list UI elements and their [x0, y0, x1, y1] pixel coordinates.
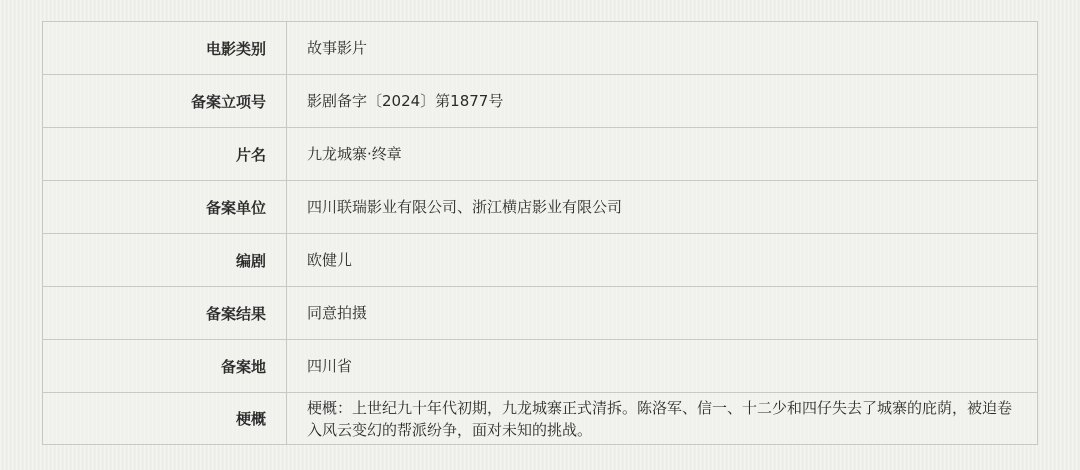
- value-synopsis: 梗概：上世纪九十年代初期，九龙城寨正式清拆。陈洛军、信一、十二少和四仔失去了城寨…: [287, 393, 1038, 445]
- row-synopsis: 梗概 梗概：上世纪九十年代初期，九龙城寨正式清拆。陈洛军、信一、十二少和四仔失去…: [43, 393, 1038, 445]
- label-registering-company: 备案单位: [43, 181, 287, 234]
- label-screenwriter: 编剧: [43, 234, 287, 287]
- value-registration-place: 四川省: [287, 340, 1038, 393]
- value-registration-result: 同意拍摄: [287, 287, 1038, 340]
- label-synopsis: 梗概: [43, 393, 287, 445]
- row-registration-number: 备案立项号 影剧备字〔2024〕第1877号: [43, 75, 1038, 128]
- row-registration-place: 备案地 四川省: [43, 340, 1038, 393]
- row-film-category: 电影类别 故事影片: [43, 22, 1038, 75]
- value-registering-company: 四川联瑞影业有限公司、浙江横店影业有限公司: [287, 181, 1038, 234]
- row-film-title: 片名 九龙城寨·终章: [43, 128, 1038, 181]
- value-screenwriter: 欧健儿: [287, 234, 1038, 287]
- label-registration-result: 备案结果: [43, 287, 287, 340]
- label-registration-place: 备案地: [43, 340, 287, 393]
- row-screenwriter: 编剧 欧健儿: [43, 234, 1038, 287]
- row-registering-company: 备案单位 四川联瑞影业有限公司、浙江横店影业有限公司: [43, 181, 1038, 234]
- label-film-title: 片名: [43, 128, 287, 181]
- film-registration-table: 电影类别 故事影片 备案立项号 影剧备字〔2024〕第1877号 片名 九龙城寨…: [42, 21, 1038, 445]
- label-registration-number: 备案立项号: [43, 75, 287, 128]
- label-film-category: 电影类别: [43, 22, 287, 75]
- value-registration-number: 影剧备字〔2024〕第1877号: [287, 75, 1038, 128]
- value-film-category: 故事影片: [287, 22, 1038, 75]
- row-registration-result: 备案结果 同意拍摄: [43, 287, 1038, 340]
- value-film-title: 九龙城寨·终章: [287, 128, 1038, 181]
